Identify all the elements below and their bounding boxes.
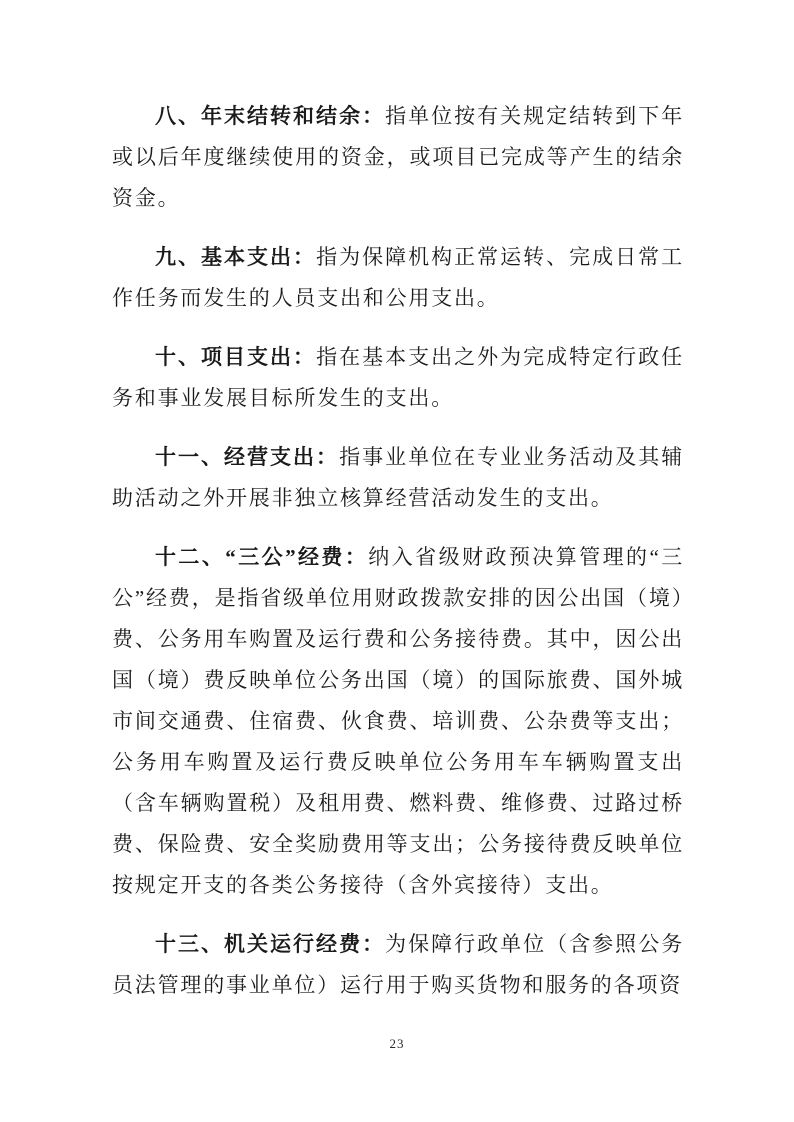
paragraph-13-agency-operating-funds: 十三、机关运行经费：为保障行政单位（含参照公务员法管理的事业单位）运行用于购买货… [112,924,684,1006]
paragraph-11-operating-expenditure: 十一、经营支出：指事业单位在专业业务活动及其辅助活动之外开展非独立核算经营活动发… [112,437,684,519]
paragraph-12-three-public-funds: 十二、“三公”经费：纳入省级财政预决算管理的“三公”经费，是指省级单位用财政拨款… [112,537,684,906]
paragraph-10-project-expenditure: 十、项目支出：指在基本支出之外为完成特定行政任务和事业发展目标所发生的支出。 [112,337,684,419]
paragraph-heading: 八、年末结转和结余： [155,104,385,128]
document-body: 八、年末结转和结余：指单位按有关规定结转到下年或以后年度继续使用的资金，或项目已… [112,96,684,1006]
paragraph-text: 纳入省级财政预决算管理的“三公”经费，是指省级单位用财政拨款安排的因公出国（境）… [112,545,684,897]
paragraph-9-basic-expenditure: 九、基本支出：指为保障机构正常运转、完成日常工作任务而发生的人员支出和公用支出。 [112,237,684,319]
page-number: 23 [0,1036,794,1052]
document-page: 八、年末结转和结余：指单位按有关规定结转到下年或以后年度继续使用的资金，或项目已… [0,0,794,1122]
paragraph-heading: 十、项目支出： [155,345,316,369]
paragraph-heading: 十三、机关运行经费： [155,932,385,956]
paragraph-8-year-end-carryover: 八、年末结转和结余：指单位按有关规定结转到下年或以后年度继续使用的资金，或项目已… [112,96,684,219]
paragraph-heading: 十一、经营支出： [155,445,339,469]
paragraph-heading: 十二、“三公”经费： [155,545,368,569]
paragraph-heading: 九、基本支出： [155,245,316,269]
